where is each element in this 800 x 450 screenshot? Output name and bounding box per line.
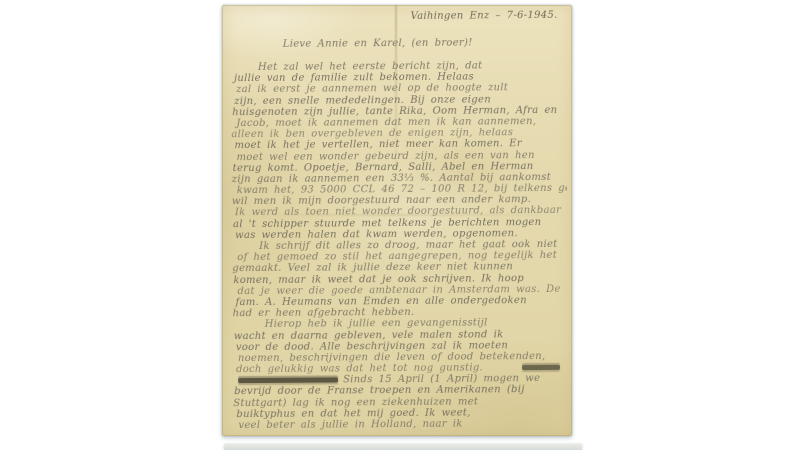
handwriting-text: veel beter als jullie in Holland, naar i… [238,419,462,432]
date-line: Vaihingen Enz – 7-6-1945. [231,10,566,25]
second-page-edge [224,444,582,450]
greeting-line: Lieve Annie en Karel, (en broer)! [283,37,566,52]
letter-content: Vaihingen Enz – 7-6-1945. Lieve Annie en… [231,10,569,435]
censor-strikethrough [238,378,338,384]
censor-strikethrough [522,365,560,370]
letter-page: Vaihingen Enz – 7-6-1945. Lieve Annie en… [222,5,572,436]
scanned-letter-photo: Vaihingen Enz – 7-6-1945. Lieve Annie en… [0,0,800,450]
handwriting-line: veel beter als jullie in Holland, naar i… [238,418,568,431]
letter-body: Het zal wel het eerste bericht zijn, dat… [231,60,569,432]
